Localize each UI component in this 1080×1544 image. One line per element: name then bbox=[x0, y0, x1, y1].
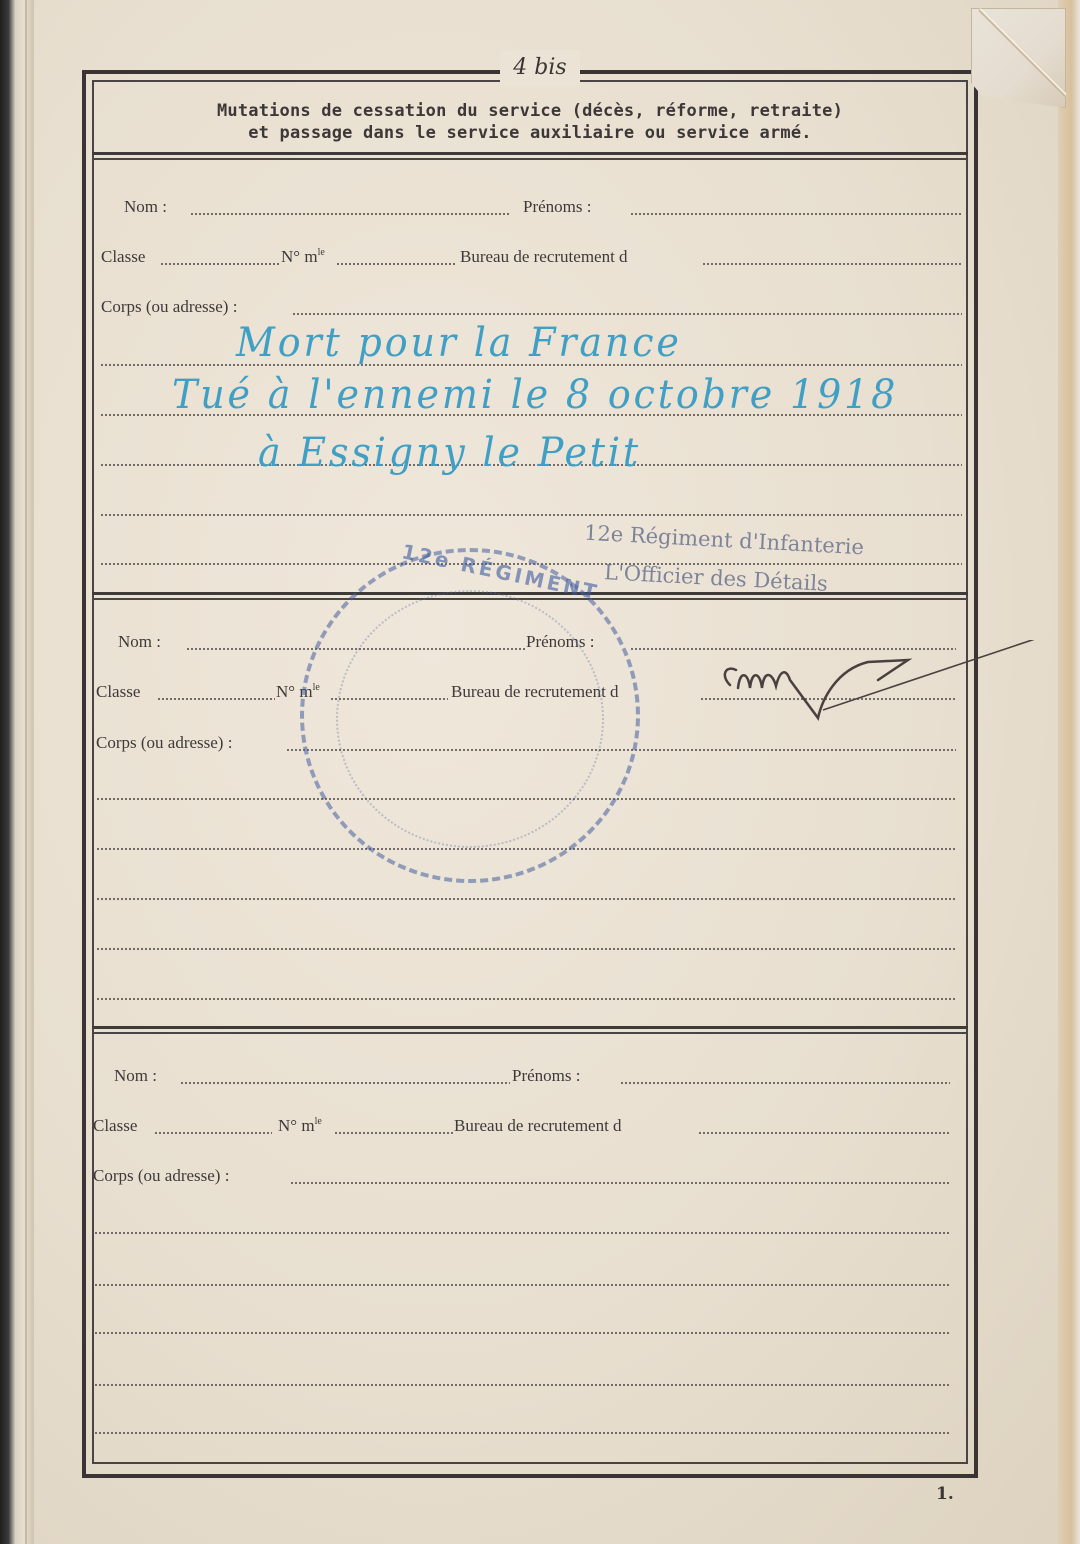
matricule-label: N° mle bbox=[278, 1116, 322, 1136]
form-title-line-1: Mutations de cessation du service (décès… bbox=[94, 100, 966, 122]
book-binding bbox=[0, 0, 34, 1544]
page-edge bbox=[1058, 0, 1080, 1544]
classe-label: Classe bbox=[101, 247, 145, 267]
officer-signature bbox=[718, 640, 1058, 730]
page-marker: 4 bis bbox=[500, 50, 580, 86]
bureau-field[interactable] bbox=[698, 1132, 950, 1134]
corps-field[interactable] bbox=[292, 313, 962, 315]
nom-label: Nom : bbox=[118, 632, 161, 652]
bureau-label: Bureau de recrutement d bbox=[454, 1116, 622, 1136]
folded-corner bbox=[971, 8, 1066, 108]
prenoms-field[interactable] bbox=[630, 213, 962, 215]
blank-line[interactable] bbox=[94, 1432, 950, 1434]
nom-field[interactable] bbox=[180, 1082, 510, 1084]
corps-field[interactable] bbox=[290, 1182, 950, 1184]
blank-line[interactable] bbox=[96, 898, 956, 900]
prenoms-label: Prénoms : bbox=[523, 197, 591, 217]
matricule-label: N° mle bbox=[281, 247, 325, 267]
blank-line[interactable] bbox=[96, 948, 956, 950]
section-divider bbox=[92, 1026, 968, 1034]
matricule-field[interactable] bbox=[334, 1132, 454, 1134]
handwritten-note-line-2: Tué à l'ennemi le 8 octobre 1918 bbox=[172, 372, 898, 418]
blank-line[interactable] bbox=[100, 514, 962, 516]
bureau-field[interactable] bbox=[702, 263, 962, 265]
blank-line[interactable] bbox=[96, 998, 956, 1000]
prenoms-field[interactable] bbox=[620, 1082, 950, 1084]
corps-label: Corps (ou adresse) : bbox=[101, 297, 237, 317]
classe-field[interactable] bbox=[157, 698, 275, 700]
nom-label: Nom : bbox=[124, 197, 167, 217]
classe-label: Classe bbox=[93, 1116, 137, 1136]
corps-label: Corps (ou adresse) : bbox=[93, 1166, 229, 1186]
page-number: 1. bbox=[936, 1484, 954, 1504]
form-title: Mutations de cessation du service (décès… bbox=[94, 100, 966, 144]
blank-line[interactable] bbox=[94, 1232, 950, 1234]
handwritten-note-line-3: à Essigny le Petit bbox=[258, 430, 641, 476]
form-title-line-2: et passage dans le service auxiliaire ou… bbox=[94, 122, 966, 144]
blank-line[interactable] bbox=[94, 1284, 950, 1286]
matricule-field[interactable] bbox=[336, 263, 456, 265]
blank-line[interactable] bbox=[94, 1332, 950, 1334]
prenoms-label: Prénoms : bbox=[512, 1066, 580, 1086]
classe-field[interactable] bbox=[154, 1132, 272, 1134]
nom-field[interactable] bbox=[190, 213, 510, 215]
binding-crease bbox=[25, 0, 27, 1544]
handwritten-note-line-1: Mort pour la France bbox=[236, 320, 682, 366]
blank-line[interactable] bbox=[94, 1384, 950, 1386]
document-page: 4 bis Mutations de cessation du service … bbox=[0, 0, 1080, 1544]
classe-field[interactable] bbox=[160, 263, 280, 265]
corps-label: Corps (ou adresse) : bbox=[96, 733, 232, 753]
header-divider bbox=[92, 152, 968, 160]
classe-label: Classe bbox=[96, 682, 140, 702]
stamp-inner-ring bbox=[336, 590, 604, 848]
bureau-label: Bureau de recrutement d bbox=[460, 247, 628, 267]
nom-label: Nom : bbox=[114, 1066, 157, 1086]
